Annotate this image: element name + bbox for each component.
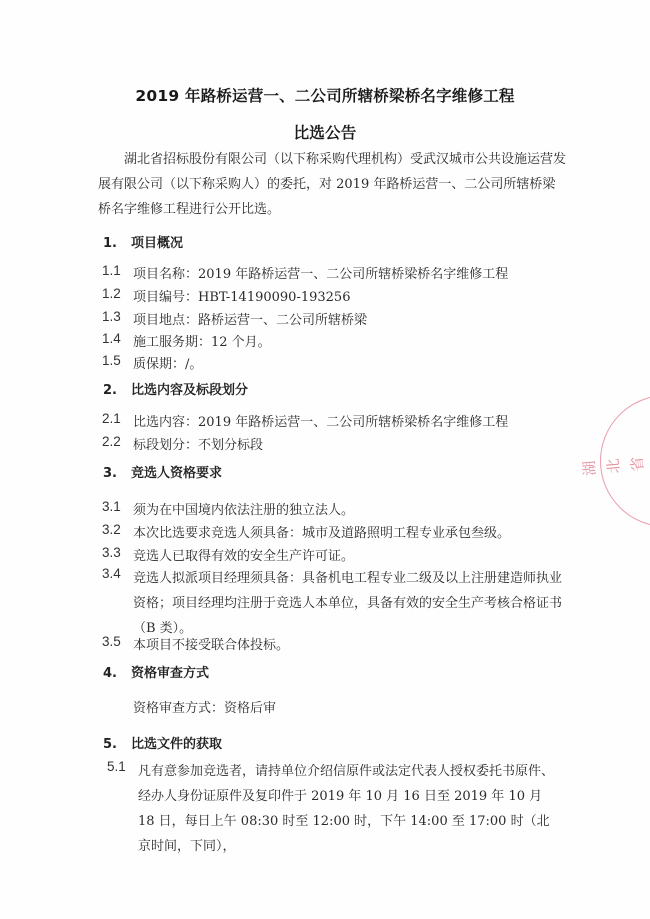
item-number: 1.2 xyxy=(102,286,132,301)
item-number: 3.3 xyxy=(102,545,132,560)
section-heading-5: 5.比选文件的获取 xyxy=(103,733,222,752)
item-number: 3.1 xyxy=(102,499,132,514)
intro-paragraph: 湖北省招标股份有限公司（以下称采购代理机构）受武汉城市公共设施运营发展有限公司（… xyxy=(98,147,568,222)
section-number: 1. xyxy=(103,236,131,251)
item-text: 本项目不接受联合体投标。 xyxy=(133,634,289,653)
item-text: 竞选人已取得有效的安全生产许可证。 xyxy=(133,545,354,564)
item-number: 1.4 xyxy=(102,331,132,346)
item-text: 比选内容：2019 年路桥运营一、二公司所辖桥梁桥名字维修工程 xyxy=(133,411,508,430)
item-text: 凡有意参加竞选者，请持单位介绍信原件或法定代表人授权委托书原件、经办人身份证原件… xyxy=(138,759,558,859)
section-heading-4: 4.资格审查方式 xyxy=(103,662,209,681)
item-text: 项目地点：路桥运营一、二公司所辖桥梁 xyxy=(133,309,367,328)
item-text: 标段划分：不划分标段 xyxy=(133,434,263,453)
section-number: 3. xyxy=(103,466,131,481)
section-4-body: 资格审查方式：资格后审 xyxy=(133,697,276,716)
item-number: 1.5 xyxy=(102,353,132,368)
item-number: 3.4 xyxy=(102,566,132,581)
item-number: 1.3 xyxy=(102,309,132,324)
item-number: 5.1 xyxy=(107,759,137,774)
item-number: 3.5 xyxy=(102,634,132,649)
item-text: 质保期：/。 xyxy=(133,353,202,372)
section-title: 资格审查方式 xyxy=(131,666,209,681)
item-number: 2.1 xyxy=(102,411,132,426)
item-text: 须为在中国境内依法注册的独立法人。 xyxy=(133,499,354,518)
document-subtitle: 比选公告 xyxy=(0,121,650,143)
item-text: 本次比选要求竞选人须具备：城市及道路照明工程专业承包叁级。 xyxy=(133,522,510,541)
section-heading-3: 3.竞选人资格要求 xyxy=(103,462,222,481)
section-number: 4. xyxy=(103,666,131,681)
section-heading-1: 1.项目概况 xyxy=(103,232,183,251)
section-title: 竞选人资格要求 xyxy=(131,466,222,481)
item-number: 3.2 xyxy=(102,522,132,537)
document-page: 2019 年路桥运营一、二公司所辖桥梁桥名字维修工程 比选公告 湖北省招标股份有… xyxy=(0,0,650,919)
section-title: 比选文件的获取 xyxy=(131,737,222,752)
item-text: 项目名称：2019 年路桥运营一、二公司所辖桥梁桥名字维修工程 xyxy=(133,263,508,282)
section-title: 比选内容及标段划分 xyxy=(131,383,248,398)
document-title: 2019 年路桥运营一、二公司所辖桥梁桥名字维修工程 xyxy=(0,84,650,106)
section-number: 5. xyxy=(103,737,131,752)
section-number: 2. xyxy=(103,383,131,398)
item-text: 竞选人拟派项目经理须具备：具备机电工程专业二级及以上注册建造师执业资格；项目经理… xyxy=(133,566,573,641)
item-text: 项目编号：HBT-14190090-193256 xyxy=(133,286,350,305)
section-title: 项目概况 xyxy=(131,236,183,251)
item-number: 2.2 xyxy=(102,434,132,449)
item-number: 1.1 xyxy=(102,263,132,278)
item-text: 施工服务期：12 个月。 xyxy=(133,331,271,350)
section-heading-2: 2.比选内容及标段划分 xyxy=(103,379,248,398)
